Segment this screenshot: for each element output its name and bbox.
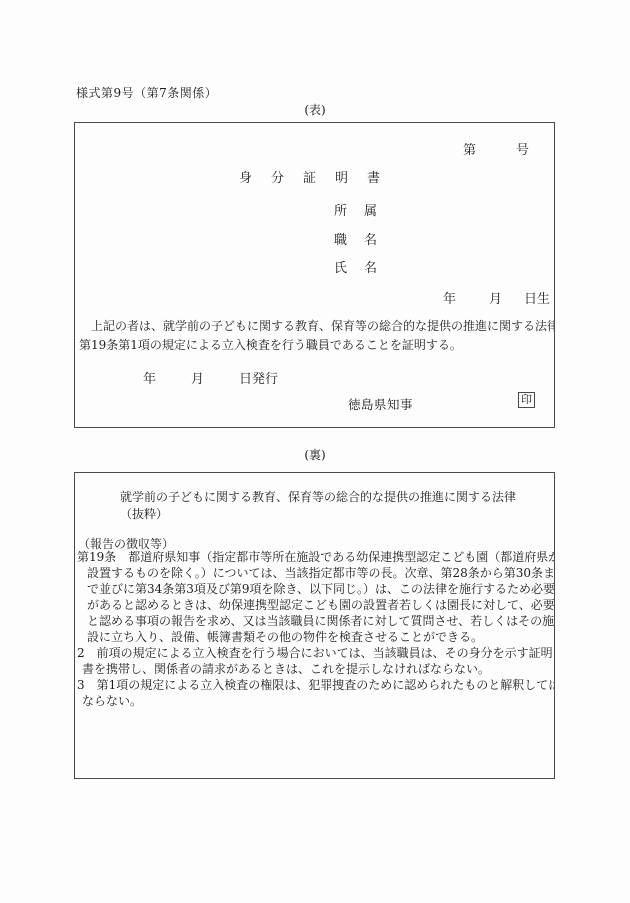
law-text-line: 2 前項の規定による立入検査を行う場合においては、当該職員は、その身分を示す証明 xyxy=(75,645,555,661)
law-text-line: 設に立ち入り、設備、帳簿書類その他の物件を検査させることができる。 xyxy=(75,629,555,645)
law-text-line: 書を携帯し、関係者の請求があるときは、これを提示しなければならない。 xyxy=(75,661,555,677)
excerpt-label: （抜粋） xyxy=(120,505,168,522)
law-excerpt-box: 就学前の子どもに関する教育、保育等の総合的な提供の推進に関する法律 （抜粋） （… xyxy=(74,472,555,779)
back-side-label: (裏) xyxy=(0,446,630,463)
affiliation-label: 所属 xyxy=(334,200,394,219)
seal-stamp: 印 xyxy=(518,392,535,408)
law-title: 就学前の子どもに関する教育、保育等の総合的な提供の推進に関する法律 xyxy=(120,488,516,505)
law-text-line: があると認めるときは、幼保連携型認定こども園の設置者若しくは園長に対して、必要 xyxy=(75,597,555,613)
id-certificate-box: 第 号 身分証明書 所属 職名 氏名 年 月 日生 上記の者は、就学前の子どもに… xyxy=(74,122,555,428)
certificate-title: 身分証明書 xyxy=(239,167,399,186)
law-text-line: 設置するものを除く。）については、当該指定都市等の長。次章、第28条から第30条… xyxy=(75,565,555,581)
issuer-name: 徳島県知事 xyxy=(348,395,413,413)
certificate-number-suffix: 号 xyxy=(516,139,529,158)
certification-statement-line-2: 第19条第1項の規定による立入検査を行う職員であることを証明する。 xyxy=(79,336,462,353)
position-label: 職名 xyxy=(334,229,394,248)
birth-month-label: 月 xyxy=(489,288,502,307)
law-body: 第19条 都道府県知事（指定都市等所在施設である幼保連携型認定こども園（都道府県… xyxy=(75,549,555,709)
birth-year-label: 年 xyxy=(443,288,456,307)
law-text-line: で並びに第34条第3項及び第9項を除き、以下同じ。）は、この法律を施行するため必… xyxy=(75,581,555,597)
issue-year-label: 年 xyxy=(143,368,156,387)
law-text-line: 3 第1項の規定による立入検査の権限は、犯罪捜査のために認められたものと解釈して… xyxy=(75,677,555,693)
issue-month-label: 月 xyxy=(191,368,204,387)
law-text-line: と認める事項の報告を求め、又は当該職員に関係者に対して質問させ、若しくはその施 xyxy=(75,613,555,629)
law-text-line: 第19条 都道府県知事（指定都市等所在施設である幼保連携型認定こども園（都道府県… xyxy=(75,549,555,565)
law-text-line: ならない。 xyxy=(75,693,555,709)
front-side-label: (表) xyxy=(0,101,630,118)
document-page: 様式第9号（第7条関係） (表) 第 号 身分証明書 所属 職名 氏名 年 月 … xyxy=(0,0,630,903)
birth-day-label: 日生 xyxy=(524,288,550,307)
issue-day-label: 日発行 xyxy=(239,368,278,387)
form-number-label: 様式第9号（第7条関係） xyxy=(76,84,217,101)
certification-statement-line-1: 上記の者は、就学前の子どもに関する教育、保育等の総合的な提供の推進に関する法律 xyxy=(79,317,555,334)
name-label: 氏名 xyxy=(334,257,394,276)
certificate-number-prefix: 第 xyxy=(463,139,476,158)
